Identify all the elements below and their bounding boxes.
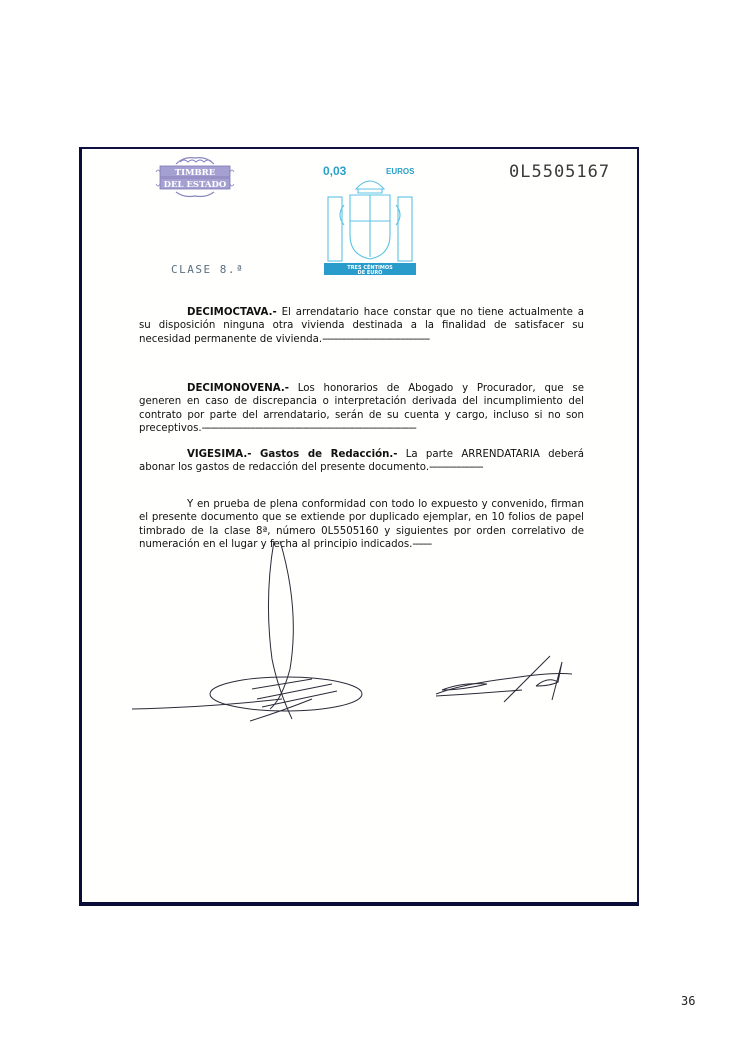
clause-vigesima: VIGESIMA.- Gastos de Redacción.- La part… [139, 448, 584, 475]
clase-label: CLASE 8.ª [171, 263, 244, 276]
stamp-value: 0,03 [323, 164, 346, 178]
signature-arrendataria [432, 654, 582, 714]
svg-text:DEL ESTADO: DEL ESTADO [164, 180, 227, 190]
clause-dashes: ----------------------------------------… [202, 423, 416, 434]
svg-text:DE EURO: DE EURO [358, 270, 383, 275]
coat-of-arms-stamp: TRES CÉNTIMOS DE EURO [322, 163, 418, 275]
clause-heading: DECIMOCTAVA.- [187, 307, 277, 318]
clause-heading: VIGESIMA.- Gastos de Redacción.- [187, 449, 397, 460]
serial-number: 0L5505167 [509, 162, 610, 182]
page-number: 36 [681, 994, 695, 1008]
closing-dashes: ------- [412, 539, 431, 550]
clause-dashes: ---------------------------------------- [322, 334, 429, 345]
stamp-currency: EUROS [386, 167, 414, 176]
svg-text:TIMBRE: TIMBRE [175, 168, 216, 178]
timbre-del-estado-emblem: TIMBRE DEL ESTADO [154, 154, 236, 200]
clause-heading: DECIMONOVENA.- [187, 383, 289, 394]
clause-decimoctava: DECIMOCTAVA.- El arrendatario hace const… [139, 306, 584, 346]
signature-arrendadora [132, 539, 372, 729]
clause-decimonovena: DECIMONOVENA.- Los honorarios de Abogado… [139, 382, 584, 436]
stamped-paper-frame: TIMBRE DEL ESTADO CLASE 8.ª TRES CÉNTIMO… [79, 147, 639, 906]
clause-dashes: -------------------- [429, 462, 483, 473]
